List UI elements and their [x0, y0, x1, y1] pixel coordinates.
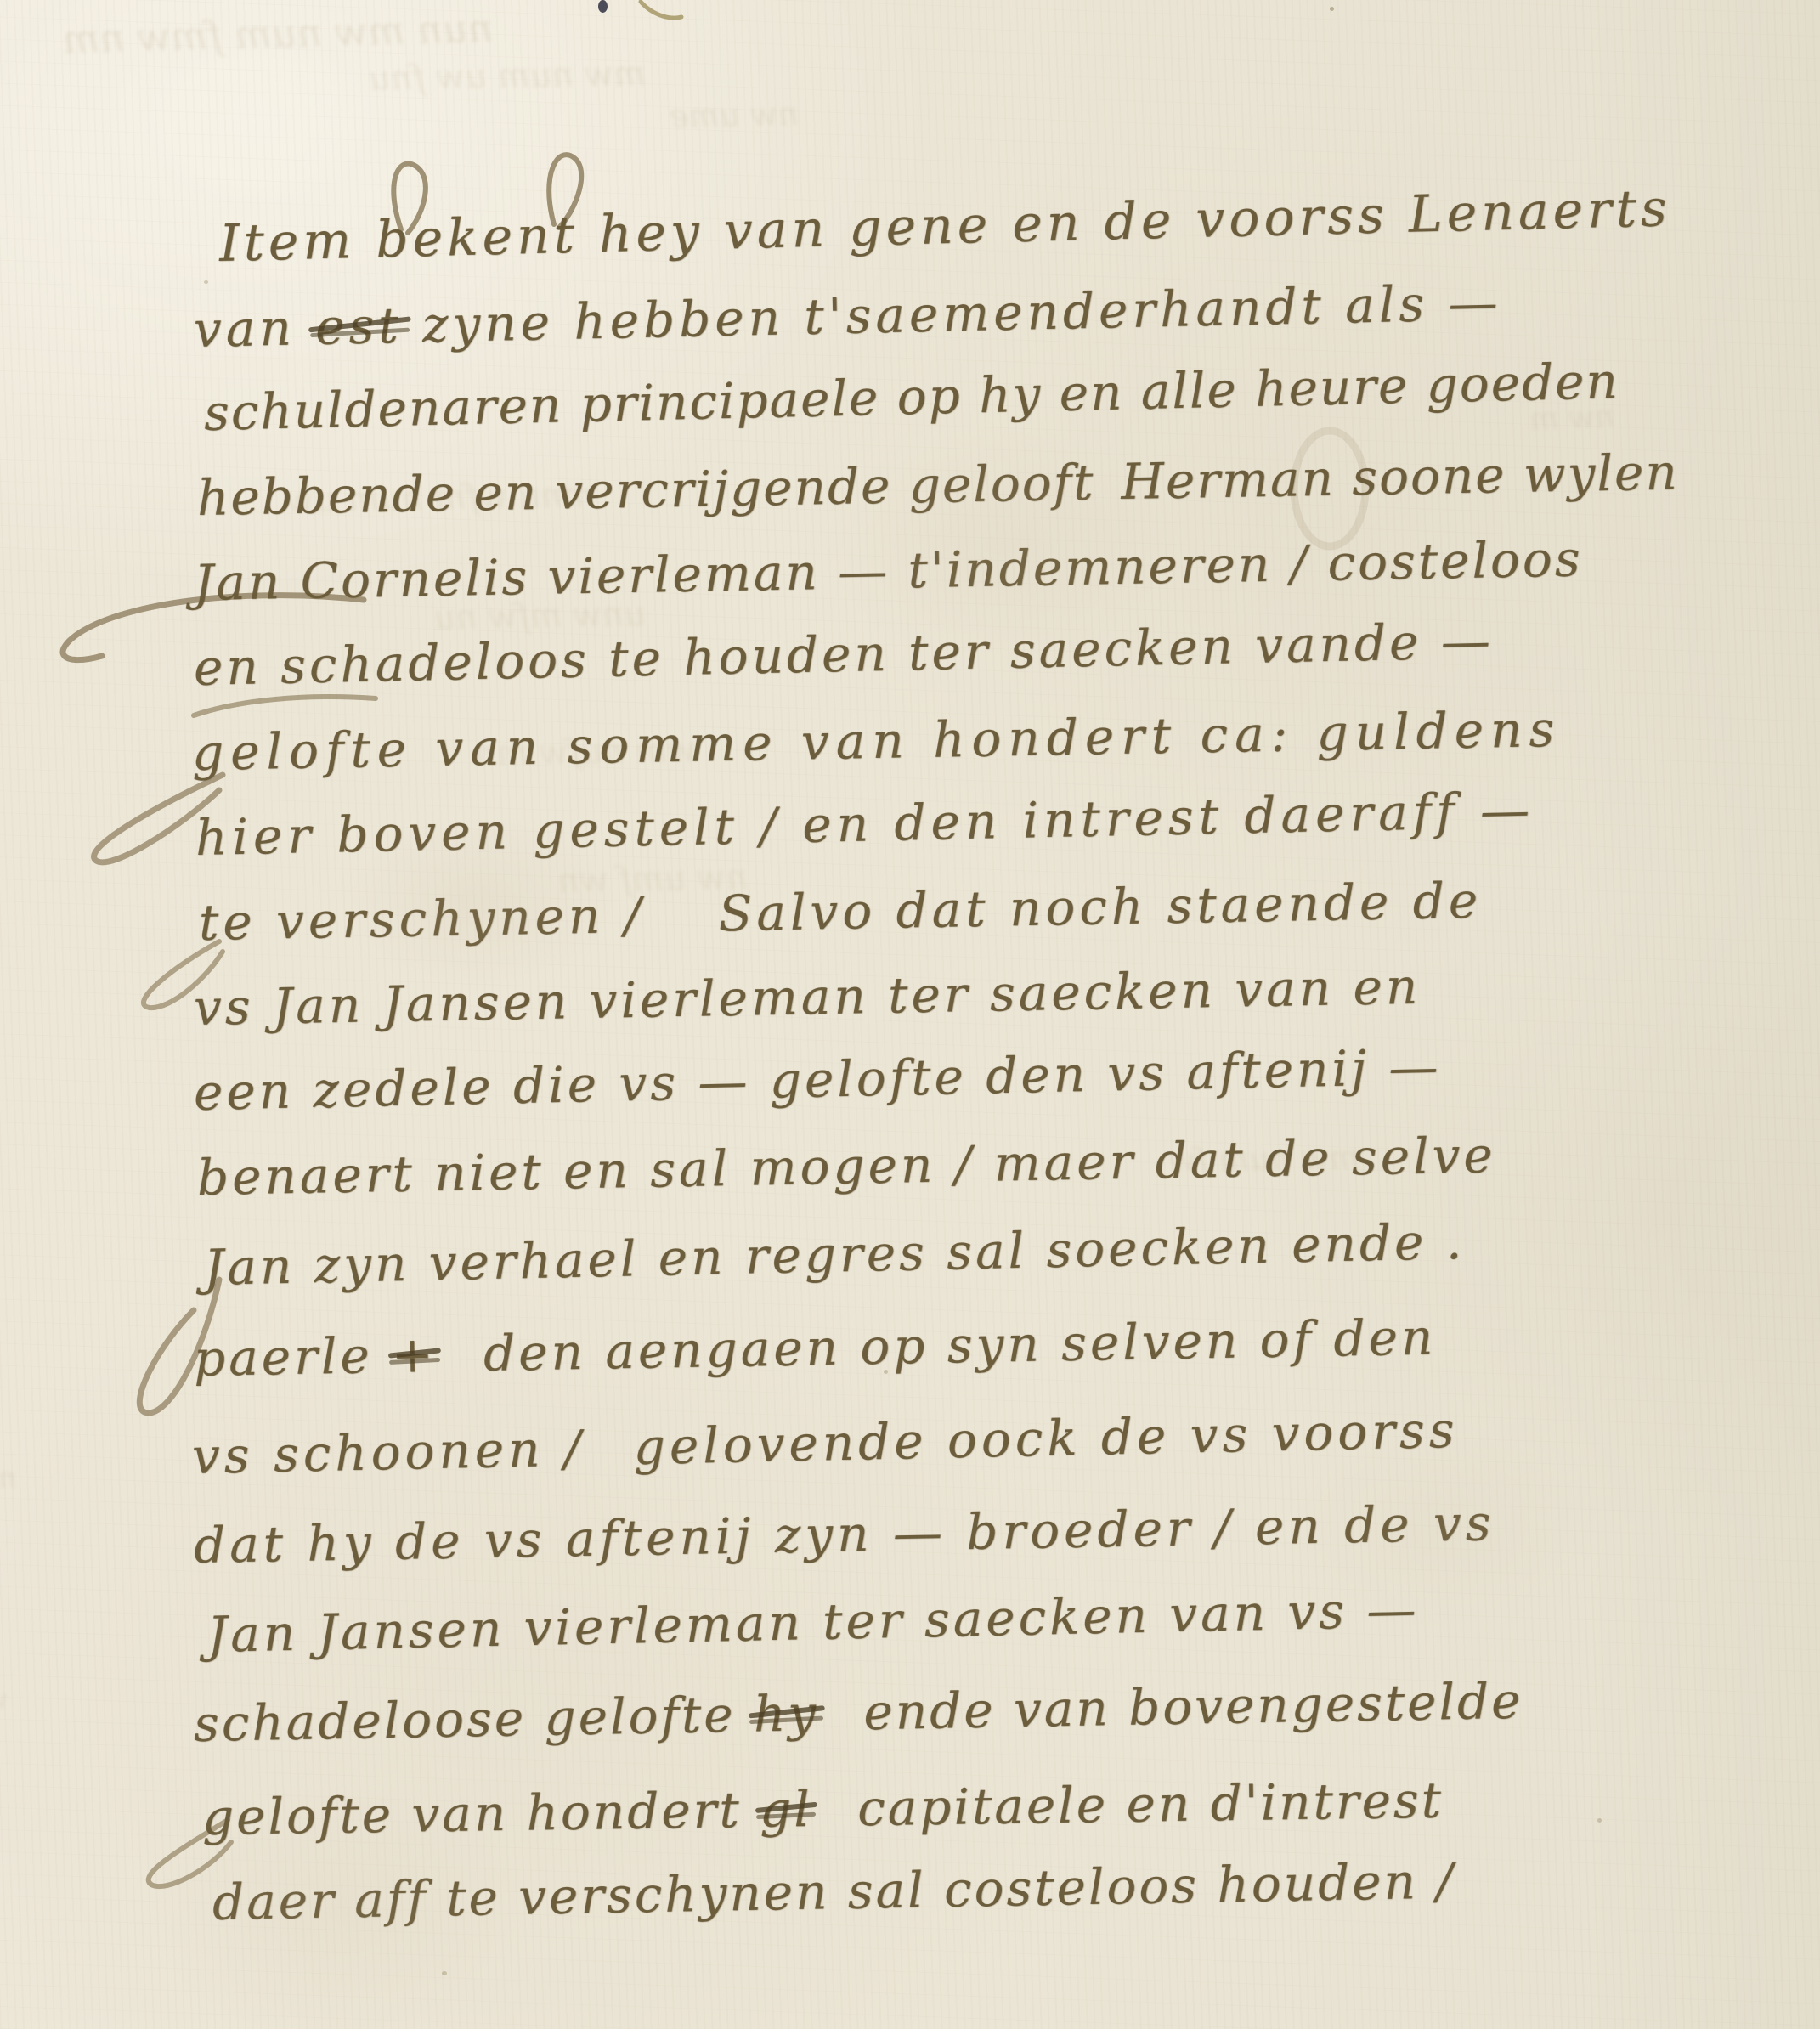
paper-speck	[1068, 736, 1072, 740]
paper-speck	[204, 280, 208, 284]
paper-speck	[598, 0, 608, 13]
paper-speck-layer	[0, 0, 1820, 2029]
manuscript-page: { "document": { "kind": "handwritten man…	[0, 0, 1820, 2029]
paper-speck	[280, 1270, 285, 1275]
paper-speck	[884, 1370, 888, 1374]
paper-speck	[442, 1971, 447, 1975]
manuscript-scan: nun mw num fmw nmmw num uw fnunw umemum …	[0, 0, 1820, 2029]
paper-speck	[1597, 1818, 1602, 1823]
paper-speck	[1330, 7, 1334, 11]
